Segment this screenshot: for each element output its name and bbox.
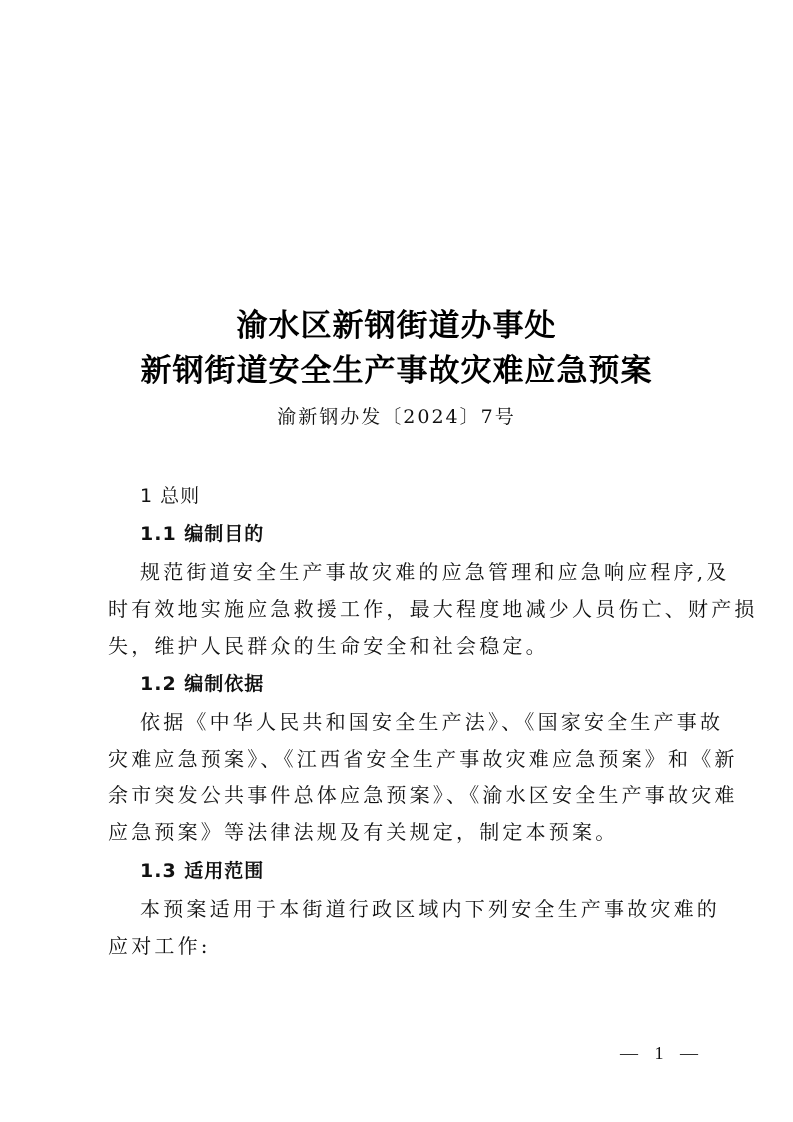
paragraph-line: 时有效地实施应急救援工作，最大程度地减少人员伤亡、财产损	[108, 596, 700, 622]
paragraph-line: 灾难应急预案》、《江西省安全生产事故灾难应急预案》和《新	[108, 746, 700, 772]
section-heading-1-2: 1.2 编制依据	[140, 671, 700, 697]
paragraph-line: 失，维护人民群众的生命安全和社会稳定。	[108, 633, 700, 659]
title-line-2: 新钢街道安全生产事故灾难应急预案	[0, 345, 793, 390]
paragraph-line: 依据《中华人民共和国安全生产法》、《国家安全生产事故	[140, 709, 700, 735]
paragraph-line: 规范街道安全生产事故灾难的应急管理和应急响应程序,及	[140, 559, 700, 585]
paragraph-line: 余市突发公共事件总体应急预案》、《渝水区安全生产事故灾难	[108, 782, 700, 808]
section-heading-1-3: 1.3 适用范围	[140, 858, 700, 884]
page-number: — 1 —	[620, 1043, 704, 1064]
paragraph-line: 本预案适用于本街道行政区域内下列安全生产事故灾难的	[140, 896, 700, 922]
document-number: 渝新钢办发〔2024〕7号	[0, 402, 793, 429]
section-heading-1: 1 总则	[140, 483, 700, 509]
paragraph-line: 应对工作:	[108, 933, 700, 959]
title-line-1: 渝水区新钢街道办事处	[0, 300, 793, 345]
section-heading-1-1: 1.1 编制目的	[140, 521, 700, 547]
paragraph-line: 应急预案》等法律法规及有关规定，制定本预案。	[108, 819, 700, 845]
